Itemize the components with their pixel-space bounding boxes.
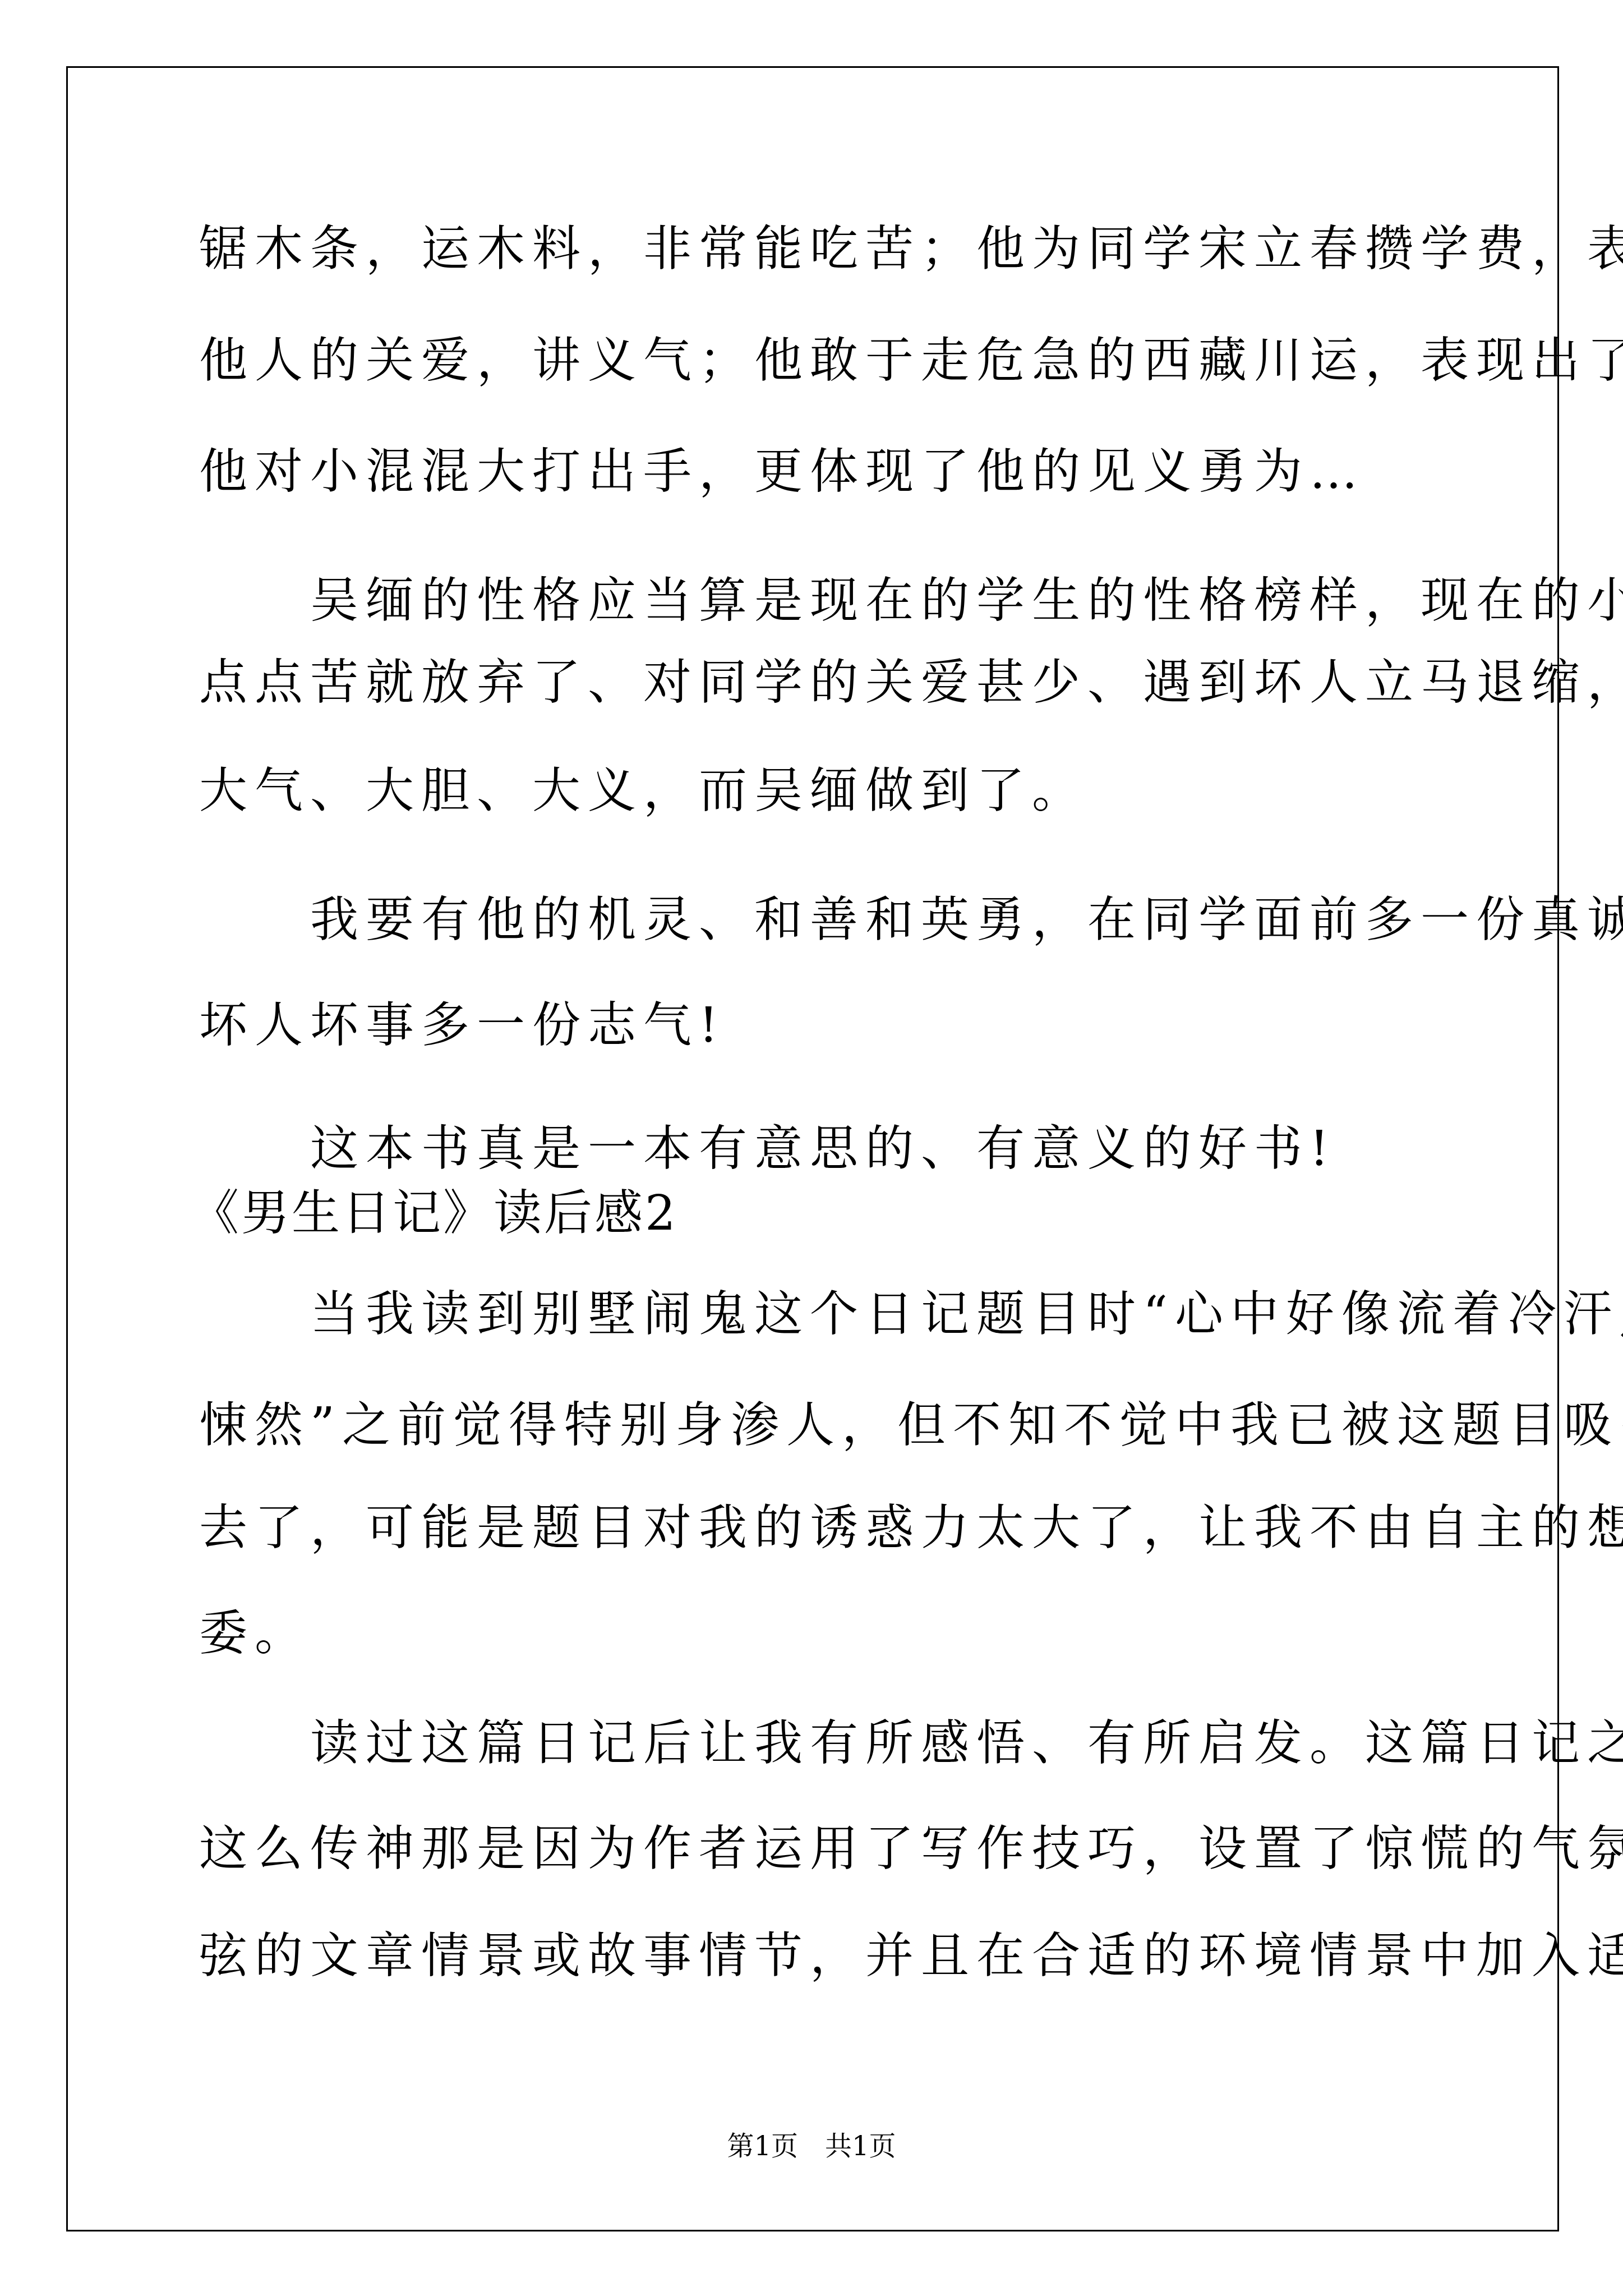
text-line: 点点苦就放弃了、对同学的关爱甚少、遇到坏人立马退缩，男生应当 (199, 655, 1433, 711)
text-line: 弦的文章情景或故事情节，并且在合适的环境情景中加入适当的形声 (199, 1928, 1433, 1984)
text-line: 委。 (199, 1605, 1433, 1662)
page-number-footer: 第1页 共1页 (0, 2129, 1623, 2163)
text-line-indented: 读过这篇日记后让我有所感悟、有所启发。这篇日记之所以写得 (199, 1715, 1433, 1772)
text-line-indented: 当我读到别墅闹鬼这个日记题目时“心中好像流着冷汗,令我毛骨 (199, 1286, 1433, 1342)
text-line-indented: 这本书真是一本有意思的、有意义的好书! (199, 1121, 1433, 1177)
text-line: 去了，可能是题目对我的诱惑力太大了，让我不由自主的想去看个原 (199, 1500, 1433, 1556)
text-line: 锯木条，运木料，非常能吃苦；他为同学宋立春攒学费，表现了他对 (199, 221, 1433, 277)
text-line: 他人的关爱，讲义气；他敢于走危急的西藏川运，表现出了他的志气； (199, 333, 1433, 389)
text-line-indented: 我要有他的机灵、和善和英勇，在同学面前多一份真诚，在抵制 (199, 892, 1433, 948)
text-line: 悚然”之前觉得特别身渗人，但不知不觉中我已被这题目吸引到文章 (199, 1397, 1433, 1453)
text-line: 他对小混混大打出手，更体现了他的见义勇为… (199, 444, 1433, 500)
section-heading: 《男生日记》读后感2 (191, 1185, 678, 1241)
text-line: 这么传神那是因为作者运用了写作技巧，设置了惊慌的气氛和动人心 (199, 1821, 1433, 1877)
text-line-indented: 吴缅的性格应当算是现在的学生的性格榜样，现在的小学生吃一 (199, 573, 1433, 629)
text-line: 大气、大胆、大义，而吴缅做到了。 (199, 763, 1433, 819)
text-line: 坏人坏事多一份志气! (199, 997, 1433, 1053)
